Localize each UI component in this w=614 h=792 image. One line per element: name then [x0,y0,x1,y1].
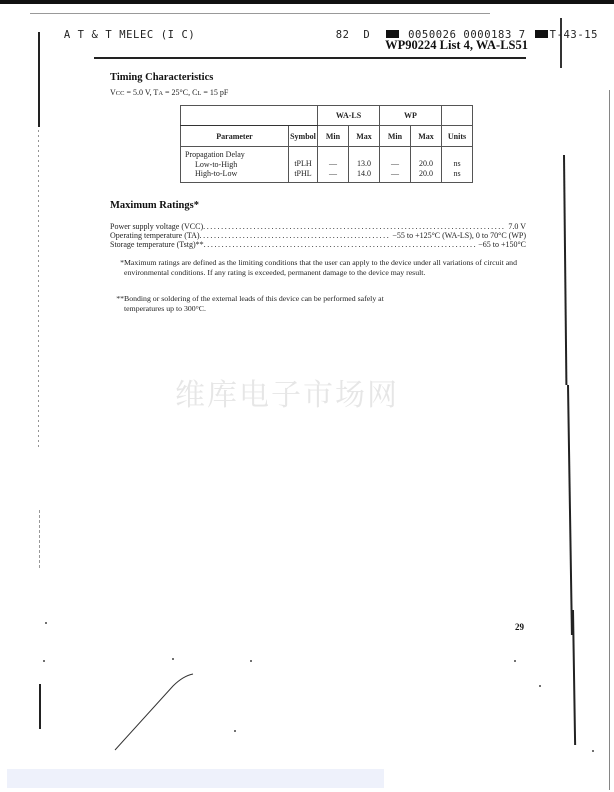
table-column-header-row: Parameter Symbol Min Max Min Max Units [181,126,473,147]
scan-page-edge [609,90,610,790]
leader-dots: ........................................… [203,222,506,231]
value: ns [446,159,468,169]
doc-code: 82 D [336,29,371,41]
value: — [384,169,406,179]
parameter-cell: Propagation Delay Low-to-High High-to-Lo… [181,147,289,183]
rating-label: Operating temperature (TA) [110,231,200,240]
wp-max-cell: 20.0 20.0 [411,147,442,183]
rating-value: −55 to +125°C (WA-LS), 0 to 70°C (WP) [390,231,526,240]
value: 14.0 [353,169,375,179]
cl-value: = 15 pF [201,88,228,97]
scan-margin-line [39,684,41,729]
header-rule [94,57,526,59]
page-number: 29 [515,622,524,632]
value: 13.0 [353,159,375,169]
vcc-value: = 5.0 V, [124,88,153,97]
rating-label: Power supply voltage (VCC) [110,222,203,231]
footnote: * Maximum ratings are defined as the lim… [110,258,528,278]
scan-line [30,13,490,14]
col-header-parameter: Parameter [181,126,289,147]
t-code: T-43-15 [550,29,598,41]
footnote-text: Bonding or soldering of the external lea… [124,294,528,314]
scan-speck [234,730,236,732]
scan-speck [539,685,541,687]
scan-speck [514,660,516,662]
scan-speck [250,660,252,662]
scan-margin-line [572,610,576,745]
col-header-symbol: Symbol [289,126,318,147]
leader-dots: ........................................… [200,231,391,240]
empty-header-cell [181,106,318,126]
footnote-mark: * [110,258,124,268]
col-header-wp-min: Min [380,126,411,147]
scan-margin-line [567,385,572,635]
scan-margin-line [38,32,40,127]
scan-border-top [0,0,614,4]
value: — [322,169,344,179]
value: — [322,159,344,169]
row-label: High-to-Low [185,169,284,179]
footnote-mark: ** [110,294,124,304]
scan-margin-line [563,155,567,385]
empty-header-cell [442,106,473,126]
group-header-wals: WA-LS [318,106,380,126]
vendor-code: A T & T MELEC (I C) [64,29,196,41]
scan-speck [45,622,47,624]
timing-table: WA-LS WP Parameter Symbol Min Max Min Ma… [180,105,473,183]
value: — [384,159,406,169]
max-ratings-title: Maximum Ratings* [110,200,199,211]
symbol-tplh: tPLH [293,159,313,169]
test-conditions: VCC = 5.0 V, TA = 25°C, CL = 15 pF [110,88,228,97]
rating-value: −65 to +150°C [476,240,526,249]
scan-band [7,769,384,788]
col-header-wals-max: Max [349,126,380,147]
scan-margin-dots [38,130,39,450]
units-cell: ns ns [442,147,473,183]
rating-label: Storage temperature (Tstg)** [110,240,204,249]
scan-scratch-mark [113,672,203,752]
col-header-wals-min: Min [318,126,349,147]
table-row: Propagation Delay Low-to-High High-to-Lo… [181,147,473,183]
scan-speck [592,750,594,752]
solid-block-icon [386,30,399,38]
rating-value: 7.0 V [506,222,526,231]
document-id: WP90224 List 4, WA-LS51 [385,38,528,53]
wals-min-cell: — — [318,147,349,183]
scan-margin-dots [39,510,40,570]
group-header-wp: WP [380,106,442,126]
wals-max-cell: 13.0 14.0 [349,147,380,183]
symbol-cell: tPLH tPHL [289,147,318,183]
timing-title: Timing Characteristics [110,72,213,83]
watermark: 维库电子市场网 [175,370,399,414]
solid-block-icon [535,30,548,38]
row-label: Low-to-High [185,160,284,170]
footnote: ** Bonding or soldering of the external … [110,294,528,314]
wp-min-cell: — — [380,147,411,183]
rating-row: Power supply voltage (VCC) .............… [110,222,526,231]
group-label: Propagation Delay [185,150,245,159]
table-group-header-row: WA-LS WP [181,106,473,126]
col-header-units: Units [442,126,473,147]
value: ns [446,169,468,179]
scan-speck [43,660,45,662]
value: 20.0 [415,169,437,179]
value: 20.0 [415,159,437,169]
symbol-tphl: tPHL [293,169,313,179]
footnote-text: Maximum ratings are defined as the limit… [124,258,528,278]
col-header-wp-max: Max [411,126,442,147]
rating-row: Operating temperature (TA) .............… [110,231,526,240]
scan-speck [172,658,174,660]
rating-row: Storage temperature (Tstg)** ...........… [110,240,526,249]
ta-value: = 25°C, [163,88,192,97]
leader-dots: ........................................… [204,240,477,249]
